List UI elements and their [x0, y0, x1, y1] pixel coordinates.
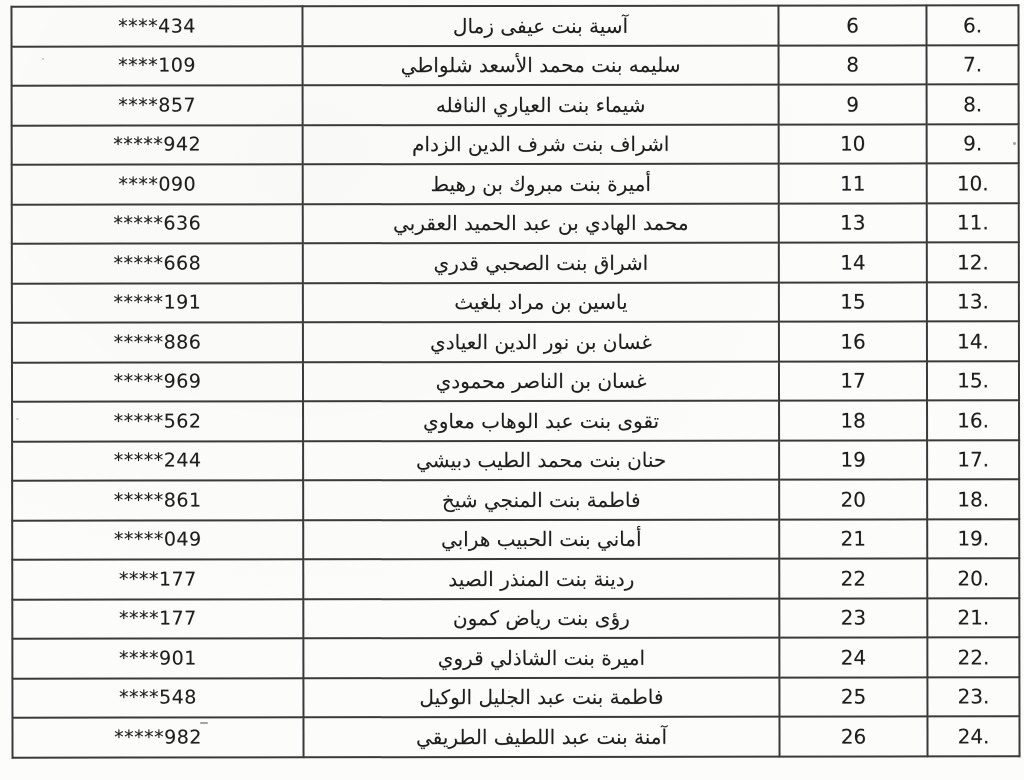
index-cell: 22.: [927, 637, 1019, 677]
masked-id-cell: *****636: [12, 204, 303, 244]
name-cell: اميرة بنت الشاذلي قروي: [303, 638, 779, 678]
index-cell: 9.: [927, 124, 1019, 164]
masked-id-cell: *****049: [12, 520, 303, 560]
index-cell: 13.: [927, 282, 1019, 322]
masked-id-cell: ****548: [12, 678, 303, 718]
masked-id-cell: ****090: [12, 164, 303, 204]
masked-id-cell: ****177: [12, 559, 303, 599]
masked-id-cell: *****191: [12, 283, 303, 323]
masked-id-cell: *****982: [12, 717, 303, 757]
name-cell: حنان بنت محمد الطيب دبيشي: [303, 440, 779, 480]
table-row: ****434 آسية بنت عيفى زمال 6 6.: [11, 5, 1018, 46]
scanned-page: ****434 آسية بنت عيفى زمال 6 6. ****109 …: [0, 0, 1024, 780]
index-cell: 17.: [927, 440, 1019, 480]
masked-id-cell: *****886: [12, 322, 303, 362]
scan-speck: [200, 722, 208, 724]
number-cell: 21: [779, 519, 927, 559]
number-cell: 8: [779, 45, 927, 85]
index-cell: 6.: [926, 5, 1018, 45]
table-row: ****548 فاطمة بنت عبد الجليل الوكيل 25 2…: [12, 677, 1019, 718]
table-row: *****861 فاطمة بنت المنجي شيخ 20 18.: [12, 479, 1019, 520]
name-cell: فاطمة بنت المنجي شيخ: [303, 480, 779, 520]
masked-id-cell: *****861: [12, 480, 303, 520]
table-row: *****942 اشراف بنت شرف الدين الزدام 10 9…: [12, 124, 1019, 165]
number-cell: 22: [779, 558, 927, 598]
masked-id-cell: *****244: [12, 441, 303, 481]
index-cell: 19.: [927, 519, 1019, 559]
index-cell: 11.: [927, 203, 1019, 243]
table-row: ****177 رؤى بنت رياض كمون 23 21.: [12, 598, 1019, 639]
index-cell: 23.: [927, 677, 1019, 717]
index-cell: 20.: [927, 558, 1019, 598]
table-row: ****177 ردينة بنت المنذر الصيد 22 20.: [12, 558, 1019, 599]
scan-speck: [1013, 142, 1016, 145]
table-row: ****109 سليمه بنت محمد الأسعد شلواطي 8 7…: [12, 45, 1019, 86]
name-cell: رؤى بنت رياض كمون: [303, 598, 779, 638]
number-cell: 23: [779, 598, 927, 638]
name-cell: ردينة بنت المنذر الصيد: [303, 559, 779, 599]
index-cell: 12.: [927, 242, 1019, 282]
number-cell: 15: [779, 282, 927, 322]
table-row: *****969 غسان بن الناصر محمودي 17 15.: [12, 361, 1019, 402]
name-cell: اشراف بنت شرف الدين الزدام: [303, 124, 779, 164]
name-cell: غسان بن الناصر محمودي: [303, 361, 779, 401]
table-row: *****982 آمنة بنت عبد اللطيف الطريقي 26 …: [12, 716, 1019, 757]
number-cell: 24: [779, 637, 927, 677]
name-cell: آمنة بنت عبد اللطيف الطريقي: [303, 717, 779, 757]
number-cell: 9: [779, 84, 927, 124]
number-cell: 18: [779, 400, 927, 440]
masked-id-cell: *****969: [12, 362, 303, 402]
name-cell: شيماء بنت العياري النافله: [303, 85, 779, 125]
index-cell: 10.: [927, 163, 1019, 203]
number-cell: 26: [779, 716, 927, 756]
index-cell: 21.: [927, 598, 1019, 638]
number-cell: 17: [779, 361, 927, 401]
masked-id-cell: ****109: [12, 46, 303, 86]
index-cell: 8.: [927, 84, 1019, 124]
table-row: ****857 شيماء بنت العياري النافله 9 8.: [12, 84, 1019, 125]
table-row: *****191 ياسين بن مراد بلغيث 15 13.: [12, 282, 1019, 323]
table-row: *****886 غسان بن نور الدين العيادي 16 14…: [12, 321, 1019, 362]
number-cell: 19: [779, 440, 927, 480]
table-row: ****090 أميرة بنت مبروك بن رهيط 11 10.: [12, 163, 1019, 204]
name-cell: محمد الهادي بن عبد الحميد العقربي: [303, 203, 779, 243]
index-cell: 18.: [927, 479, 1019, 519]
index-cell: 15.: [927, 361, 1019, 401]
table-row: *****636 محمد الهادي بن عبد الحميد العقر…: [12, 203, 1019, 244]
masked-id-cell: ****857: [12, 85, 303, 125]
masked-id-cell: *****942: [12, 125, 303, 165]
table-row: *****562 تقوى بنت عبد الوهاب معاوي 18 16…: [12, 400, 1019, 441]
number-cell: 10: [779, 124, 927, 164]
name-cell: اشراق بنت الصحبي قدري: [303, 243, 779, 283]
table-row: ****901 اميرة بنت الشاذلي قروي 24 22.: [12, 637, 1019, 678]
number-cell: 6: [778, 5, 926, 45]
index-cell: 16.: [927, 400, 1019, 440]
name-cell: غسان بن نور الدين العيادي: [303, 322, 779, 362]
masked-id-cell: *****668: [12, 243, 303, 283]
number-cell: 25: [779, 677, 927, 717]
name-cell: فاطمة بنت عبد الجليل الوكيل: [303, 677, 779, 717]
number-cell: 14: [779, 242, 927, 282]
number-cell: 20: [779, 479, 927, 519]
masked-id-cell: *****562: [12, 401, 303, 441]
index-cell: 14.: [927, 321, 1019, 361]
scan-speck: [560, 352, 562, 354]
table-row: *****668 اشراق بنت الصحبي قدري 14 12.: [12, 242, 1019, 283]
roster-table-body: ****434 آسية بنت عيفى زمال 6 6. ****109 …: [11, 5, 1019, 757]
name-cell: ياسين بن مراد بلغيث: [303, 282, 779, 322]
masked-id-cell: ****177: [12, 599, 303, 639]
masked-id-cell: ****901: [12, 638, 303, 678]
roster-table: ****434 آسية بنت عيفى زمال 6 6. ****109 …: [10, 4, 1020, 758]
scan-speck: [16, 418, 19, 420]
masked-id-cell: ****434: [11, 6, 302, 46]
number-cell: 16: [779, 321, 927, 361]
index-cell: 24.: [927, 716, 1019, 756]
scan-speck: [42, 58, 44, 60]
scan-speck: [508, 690, 510, 692]
index-cell: 7.: [927, 45, 1019, 85]
table-row: *****244 حنان بنت محمد الطيب دبيشي 19 17…: [12, 440, 1019, 481]
name-cell: آسية بنت عيفى زمال: [302, 6, 778, 46]
number-cell: 11: [779, 163, 927, 203]
name-cell: تقوى بنت عبد الوهاب معاوي: [303, 401, 779, 441]
name-cell: أماني بنت الحبيب هرابي: [303, 519, 779, 559]
table-row: *****049 أماني بنت الحبيب هرابي 21 19.: [12, 519, 1019, 560]
number-cell: 13: [779, 203, 927, 243]
name-cell: سليمه بنت محمد الأسعد شلواطي: [303, 45, 779, 85]
name-cell: أميرة بنت مبروك بن رهيط: [303, 164, 779, 204]
